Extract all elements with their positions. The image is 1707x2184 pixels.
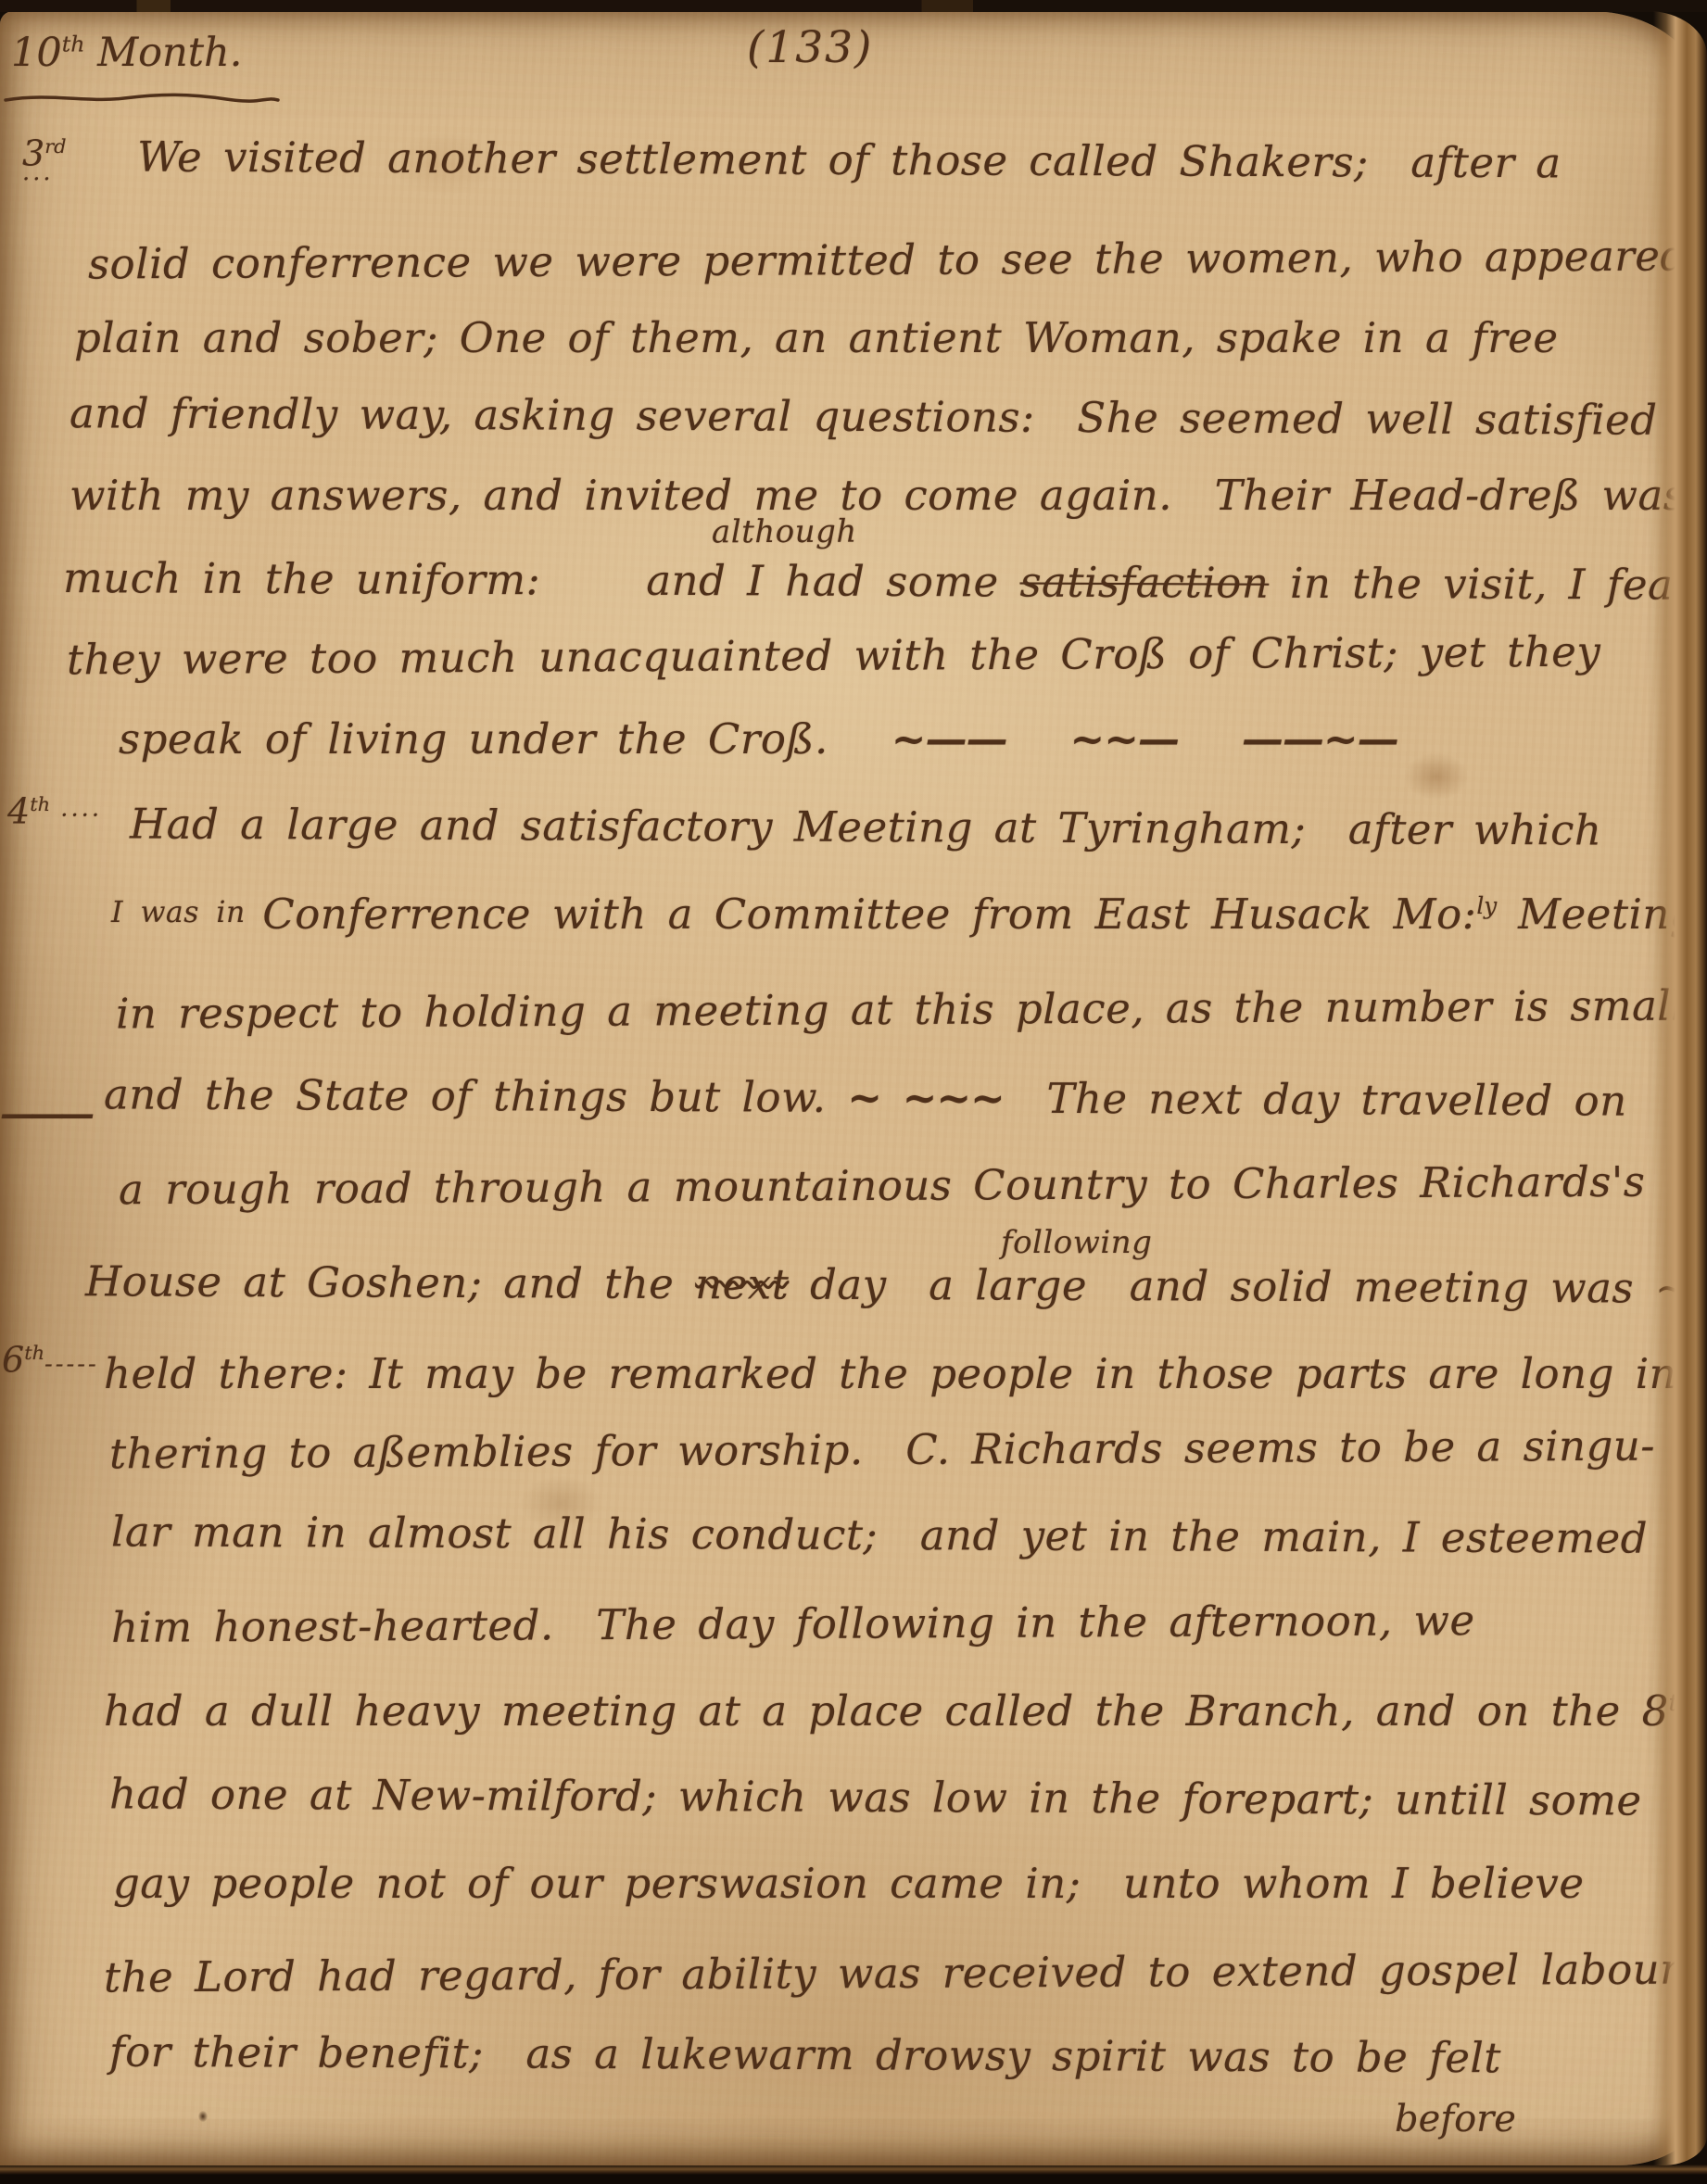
text-segment: and friendly way, asking several questio… bbox=[70, 388, 1658, 444]
margin-rule: ——— bbox=[0, 1103, 89, 1126]
text-segment: We visited another settlement of those c… bbox=[137, 133, 1562, 188]
text-segment: speak of living under the Croß. bbox=[119, 714, 828, 764]
manuscript-line: speak of living under the Croß. ~—— ~~— … bbox=[119, 718, 1398, 760]
manuscript-line: We visited another settlement of those c… bbox=[137, 136, 1562, 184]
text-segment: in respect to holding a meeting at this … bbox=[116, 981, 1699, 1039]
manuscript-line: had a dull heavy meeting at a place call… bbox=[104, 1690, 1693, 1732]
page-number: (133) bbox=[747, 22, 873, 73]
text-segment: following bbox=[1001, 1224, 1152, 1261]
text-segment: Conferrence with a Committee from East H… bbox=[262, 890, 1476, 939]
catchword: before bbox=[1395, 2098, 1516, 2140]
manuscript-line: House at Goshen; and the next day a larg… bbox=[85, 1260, 1690, 1309]
text-segment-dots: ··· bbox=[22, 166, 54, 194]
manuscript-line: lar man in almost all his conduct; and y… bbox=[111, 1510, 1648, 1559]
text-segment: 10 bbox=[11, 30, 62, 76]
manuscript-line: for their benefit; as a lukewarm drowsy … bbox=[109, 2031, 1501, 2079]
text-segment-bar: satisfaction bbox=[1019, 558, 1269, 608]
manuscript-line: Had a large and satisfactory Meeting at … bbox=[130, 803, 1602, 852]
text-segment: in the visit, I feared bbox=[1269, 559, 1707, 610]
text-segment-dash: ——— bbox=[0, 1092, 89, 1134]
manuscript-photo: 10th Month. (133) 3rd ···4th ····6th----… bbox=[0, 0, 1707, 2184]
paper-stain bbox=[1404, 752, 1469, 801]
manuscript-line: and the State of things but low. ~ ~~~ T… bbox=[104, 1073, 1627, 1121]
ink-spot bbox=[198, 2111, 208, 2122]
text-segment: for their benefit; as a lukewarm drowsy … bbox=[109, 2027, 1501, 2083]
text-segment-dots: ----- bbox=[44, 1351, 99, 1379]
text-segment: The next day travelled on bbox=[1005, 1074, 1627, 1126]
text-segment-strike: next bbox=[695, 1259, 789, 1308]
text-segment-flourish: ~ ~~~ bbox=[847, 1073, 1005, 1123]
manuscript-line: had one at New-milford; which was low in… bbox=[109, 1773, 1642, 1821]
book-edge-bottom bbox=[0, 2165, 1707, 2184]
manuscript-line: thering to aßemblies for worship. C. Ric… bbox=[109, 1425, 1655, 1475]
text-segment: with my answers, and invited me to come … bbox=[70, 471, 1685, 520]
manuscript-line: held there: It may be remarked the peopl… bbox=[104, 1353, 1707, 1395]
manuscript-line: they were too much unacquainted with the… bbox=[67, 631, 1601, 681]
text-segment: him honest-hearted. The day following in… bbox=[111, 1596, 1475, 1652]
text-segment: House at Goshen; and the bbox=[85, 1256, 695, 1308]
text-segment: they were too much unacquainted with the… bbox=[67, 627, 1601, 685]
text-segment: held there: It may be remarked the peopl… bbox=[104, 1349, 1707, 1398]
text-segment: had one at New-milford; which was low in… bbox=[109, 1769, 1642, 1824]
book-edge-top bbox=[0, 0, 1707, 12]
page-stack-edge bbox=[1648, 11, 1707, 2165]
text-segment: much in the uniform: and I had some bbox=[63, 553, 1020, 607]
journal-page: 10th Month. (133) 3rd ···4th ····6th----… bbox=[0, 11, 1701, 2165]
day-marker-4th: 4th ···· bbox=[7, 799, 102, 824]
text-segment: gay people not of our perswasion came in… bbox=[113, 1859, 1584, 1908]
text-segment-dots: ···· bbox=[50, 802, 102, 830]
text-segment-sup: ly bbox=[1476, 892, 1497, 919]
text-segment-small: I was in bbox=[111, 896, 262, 929]
text-segment: plain and sober; One of them, an antient… bbox=[74, 313, 1559, 362]
underline-flourish bbox=[4, 91, 282, 106]
manuscript-line: and friendly way, asking several questio… bbox=[70, 392, 1658, 440]
manuscript-line: with my answers, and invited me to come … bbox=[70, 474, 1685, 516]
manuscript-line: solid conferrence we were permitted to s… bbox=[88, 234, 1688, 284]
text-segment: 6 bbox=[2, 1340, 24, 1381]
text-segment: thering to aßemblies for worship. C. Ric… bbox=[109, 1421, 1655, 1479]
interlinear-insertion: following bbox=[1001, 1227, 1152, 1258]
text-segment-sup: th bbox=[30, 793, 50, 815]
text-segment-sup: rd bbox=[44, 135, 66, 158]
day-marker-6th: 6th----- bbox=[2, 1347, 99, 1372]
text-segment: 4 bbox=[7, 791, 30, 832]
text-segment: solid conferrence we were permitted to s… bbox=[88, 231, 1688, 288]
manuscript-line: a rough road through a mountainous Count… bbox=[119, 1161, 1646, 1211]
manuscript-line: I was in Conferrence with a Committee fr… bbox=[111, 893, 1707, 935]
text-segment: Month. bbox=[84, 30, 242, 76]
text-segment-sup: th bbox=[62, 32, 85, 57]
text-segment: had a dull heavy meeting at a place call… bbox=[104, 1686, 1669, 1736]
text-segment: lar man in almost all his conduct; and y… bbox=[111, 1507, 1648, 1562]
manuscript-line: gay people not of our perswasion came in… bbox=[113, 1862, 1584, 1904]
text-segment: Had a large and satisfactory Meeting at … bbox=[130, 800, 1602, 855]
text-segment-sup: th bbox=[24, 1342, 44, 1364]
manuscript-line: the Lord had regard, for ability was rec… bbox=[104, 1949, 1680, 1999]
day-marker-3rd: 3rd ··· bbox=[22, 141, 67, 187]
month-label: 10th Month. bbox=[11, 30, 242, 76]
text-segment: day a large and solid meeting was ~ bbox=[789, 1260, 1690, 1313]
manuscript-line: him honest-hearted. The day following in… bbox=[111, 1599, 1475, 1648]
text-segment: the Lord had regard, for ability was rec… bbox=[104, 1945, 1680, 2002]
text-segment-flourish: ~—— ~~— ——~— bbox=[828, 714, 1398, 764]
text-segment: a rough road through a mountainous Count… bbox=[119, 1157, 1646, 1215]
manuscript-line: in respect to holding a meeting at this … bbox=[116, 985, 1699, 1035]
text-segment: and the State of things but low. bbox=[104, 1069, 848, 1122]
manuscript-line: plain and sober; One of them, an antient… bbox=[74, 317, 1559, 359]
manuscript-line: much in the uniform: and I had some sati… bbox=[63, 557, 1707, 606]
text-segment: although bbox=[712, 513, 857, 551]
interlinear-insertion: although bbox=[712, 516, 857, 549]
